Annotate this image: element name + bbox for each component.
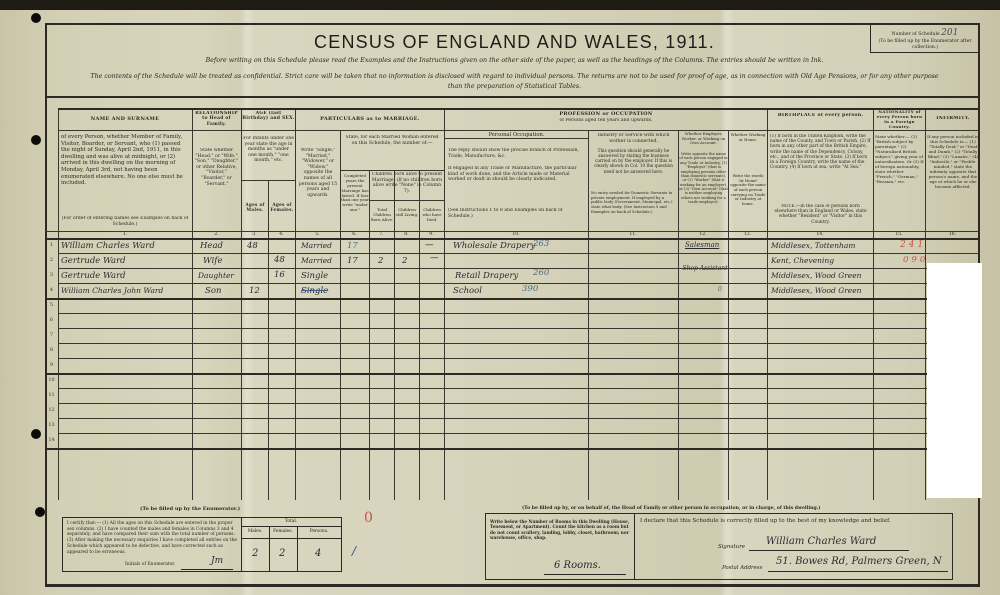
header-relationship: RELATIONSHIP to Head of Family. — [193, 111, 240, 127]
col-num-13: 13. — [728, 232, 767, 238]
col-num-11: 11. — [588, 232, 678, 238]
enumerator-section-title: (To be filled up by the Enumerator.) — [140, 506, 240, 512]
cell-occupation[interactable]: School — [453, 286, 482, 296]
header-profession: PROFESSION or OCCUPATION — [445, 111, 767, 117]
cell-employer-code: 0 — [718, 286, 722, 293]
header-name: NAME AND SURNAME — [58, 116, 192, 122]
row-number: 6 — [45, 317, 58, 323]
schedule-number-box: Number of Schedule 201 (To be filled up … — [870, 23, 980, 53]
enumerator-certify: I certify that:— (1) All the ages on thi… — [67, 521, 239, 555]
header-age-males: Ages of Males. — [242, 202, 268, 212]
cell-children-born[interactable]: 2 — [378, 256, 383, 266]
postal-address-value[interactable]: 51. Bowes Rd, Palmers Green, N — [776, 556, 942, 567]
col-num-8: 8. — [394, 232, 419, 238]
schedule-number-label: Number of Schedule — [892, 32, 940, 37]
signature-label: Signature — [718, 544, 745, 551]
header-still-living: Children still Living. — [395, 208, 419, 218]
header-name-body: of every Person, whether Member of Famil… — [61, 134, 189, 187]
header-age-females: Ages of Females. — [269, 202, 295, 212]
cell-age-female[interactable]: 48 — [274, 255, 285, 265]
header-birthplace: BIRTHPLACE of every person. — [768, 113, 873, 119]
declaration-text: I declare that this Schedule is correctl… — [640, 518, 891, 525]
cell-years-married[interactable]: 17 — [347, 256, 358, 266]
cell-children-living[interactable]: 2 — [402, 256, 407, 266]
cell-name[interactable]: William Charles Ward — [61, 241, 155, 251]
punch-hole — [31, 13, 41, 23]
cell-children-died[interactable]: — — [425, 240, 434, 250]
col-num-15: 15. — [873, 232, 925, 238]
header-at-home: Whether Working at Home. — [729, 133, 767, 143]
enumerator-initials[interactable]: Jm — [211, 556, 223, 566]
cell-birthplace-code: 090 — [903, 255, 928, 265]
confidential-line-2: than the preparation of Statistical Tabl… — [47, 83, 982, 90]
header-relationship-body: State whether "Head," or "Wife," "Son," … — [194, 148, 239, 187]
row-number: 2 — [45, 257, 58, 263]
cell-birthplace[interactable]: Middlesex, Wood Green — [771, 271, 862, 280]
header-have-died: Children who have Died. — [420, 208, 444, 223]
cell-relationship[interactable]: Head — [200, 241, 223, 251]
header-marriage: PARTICULARS as to MARRIAGE. — [296, 116, 444, 122]
header-marriage-status: Write "Single," "Married," "Widower," or… — [297, 148, 339, 198]
header-completed-years: Completed years the present Marriage has… — [341, 174, 369, 213]
header-children-born: Children born alive to present Marriage.… — [370, 172, 444, 194]
instruction-line: Before writing on this Schedule please r… — [47, 57, 982, 64]
head-section-box: Write below the Number of Rooms in this … — [485, 513, 953, 580]
cell-birthplace[interactable]: Middlesex, Tottenham — [771, 241, 855, 250]
header-industry-note: No entry needed for Domestic Servants in… — [591, 191, 676, 214]
row-number: 4 — [45, 287, 58, 293]
row-number: 14 — [45, 437, 58, 443]
cell-relationship[interactable]: Daughter — [198, 271, 234, 280]
cell-birthplace[interactable]: Kent, Chevening — [771, 256, 834, 265]
cell-marriage-status[interactable]: Single — [301, 286, 328, 296]
head-section-title: (To be filled up by, or on behalf of, th… — [522, 506, 820, 511]
census-schedule-page: CENSUS OF ENGLAND AND WALES, 1911. Befor… — [0, 10, 1000, 595]
header-personal-body-2: If engaged in any Trade or Manufacture, … — [448, 166, 585, 183]
cell-employer-status[interactable]: Salesman — [685, 241, 719, 249]
enumerator-box: I certify that:— (1) All the ages on thi… — [62, 517, 342, 572]
cell-marriage-status[interactable]: Married — [301, 256, 332, 265]
cell-relationship[interactable]: Son — [205, 286, 221, 296]
header-employer: Whether Employer, Worker, or Working on … — [679, 132, 728, 146]
page-title: CENSUS OF ENGLAND AND WALES, 1911. — [47, 32, 982, 53]
header-infirmity-body: If any person included in this Schedule … — [927, 134, 979, 189]
cell-occupation-code: 390 — [522, 284, 538, 294]
col-num-10: 10. — [444, 232, 588, 238]
row-number: 3 — [45, 272, 58, 278]
header-personal-body-3: (See Instructions 1 to 8 and Examples on… — [448, 208, 585, 219]
cell-occupation-code: 260 — [533, 268, 549, 278]
confidential-line: The contents of the Schedule will be tre… — [47, 73, 982, 80]
postal-address-label: Postal Address — [722, 565, 762, 572]
row-number: 11 — [45, 392, 58, 398]
cell-occupation[interactable]: Wholesale Drapery — [453, 241, 535, 251]
enumerator-initials-label: Initials of Enumerator. — [125, 562, 175, 568]
header-married-women: State, for each Married Woman entered on… — [342, 135, 442, 146]
redacted-infirmity-area — [927, 263, 982, 498]
header-employer-body: Write opposite the name of each person e… — [679, 152, 728, 205]
margin-mark-blue: / — [352, 544, 356, 558]
cell-marriage-status[interactable]: Married — [301, 241, 332, 250]
row-number: 1 — [45, 242, 58, 248]
col-num-9: 9. — [419, 232, 444, 238]
row-number: 8 — [45, 347, 58, 353]
col-num-6: 6. — [340, 232, 369, 238]
header-at-home-body: Write the words "At Home" opposite the n… — [730, 174, 766, 206]
cell-occupation-code: 263 — [533, 239, 549, 249]
col-num-4: 4. — [268, 232, 295, 238]
header-age: AGE (last Birthday) and SEX. — [242, 111, 295, 122]
header-nationality-body: State whether:— (1) "British subject by … — [875, 134, 924, 184]
header-profession-sub: of Persons aged ten years and upwards. — [445, 118, 767, 124]
cell-occupation[interactable]: Retail Drapery — [455, 271, 518, 281]
header-personal-occupation: Personal Occupation. — [445, 132, 588, 138]
total-males[interactable]: 2 — [252, 548, 258, 559]
cell-age-male[interactable]: 12 — [249, 286, 260, 296]
col-num-3: 3. — [241, 232, 268, 238]
col-num-12: 12. — [678, 232, 728, 238]
cell-name[interactable]: Gertrude Ward — [61, 256, 126, 266]
header-industry-body: This question should generally be answer… — [591, 148, 676, 174]
row-number: 9 — [45, 362, 58, 368]
signature-value[interactable]: William Charles Ward — [766, 536, 876, 547]
cell-name[interactable]: Gertrude Ward — [61, 271, 126, 281]
cell-name[interactable]: William Charles John Ward — [61, 286, 163, 295]
schedule-number-value[interactable]: 201 — [941, 28, 958, 38]
row-number: 5 — [45, 302, 58, 308]
males-label: Males. — [241, 529, 269, 535]
punch-hole — [31, 429, 41, 439]
col-num-5: 5. — [295, 232, 340, 238]
header-birthplace-body: (1) If born in the United Kingdom, write… — [770, 134, 871, 171]
rooms-instruction: Write below the Number of Rooms in this … — [490, 519, 632, 541]
header-birthplace-note: NOTE.—In the case of persons born elsewh… — [770, 204, 871, 225]
cell-years-married[interactable]: 17 — [347, 241, 358, 251]
header-age-body: For Infants under one year state the age… — [243, 136, 294, 164]
row-number: 7 — [45, 332, 58, 338]
cell-age-female[interactable]: 16 — [274, 270, 285, 280]
col-num-16: 16. — [925, 232, 980, 238]
cell-children-died[interactable]: — — [430, 253, 439, 263]
header-personal-body-1: The reply should show the precise branch… — [448, 148, 585, 159]
header-rule — [47, 96, 978, 98]
row-number: 12 — [45, 407, 58, 413]
cell-birthplace[interactable]: Middlesex, Wood Green — [771, 286, 862, 295]
census-table: NAME AND SURNAME of every Person, whethe… — [45, 108, 980, 500]
punch-hole — [35, 507, 45, 517]
col-num-7: 7. — [369, 232, 394, 238]
header-industry: Industry or Service with which worker is… — [589, 133, 678, 144]
total-label: Total. — [241, 519, 341, 525]
cell-birthplace-code: 241 — [900, 240, 926, 250]
header-infirmity: INFIRMITY. — [926, 116, 980, 122]
margin-mark-red: 0 — [364, 510, 373, 526]
col-num-14: 14. — [767, 232, 873, 238]
rooms-value[interactable]: 6 Rooms. — [554, 560, 601, 571]
header-nationality: NATIONALITY of every Person born in a Fo… — [874, 110, 925, 130]
header-total-born: Total Children Born Alive. — [370, 208, 394, 223]
col-num-1: 1. — [58, 232, 192, 238]
persons-label: Persons. — [297, 529, 341, 535]
row-number: 10 — [45, 377, 58, 383]
cell-age-male[interactable]: 48 — [247, 241, 258, 251]
females-label: Females. — [269, 529, 297, 535]
cell-employer-status[interactable]: Shop Assistant — [681, 266, 729, 273]
header-name-note: (For order of entering names see Example… — [61, 216, 189, 227]
schedule-number-note: (To be filled up by the Enumerator after… — [878, 39, 971, 50]
total-females[interactable]: 2 — [279, 548, 285, 559]
cell-relationship[interactable]: Wife — [203, 256, 222, 266]
total-persons[interactable]: 4 — [315, 548, 321, 559]
cell-marriage-status[interactable]: Single — [301, 271, 328, 281]
col-num-2: 2. — [192, 232, 241, 238]
punch-hole — [31, 135, 41, 145]
row-number: 13 — [45, 422, 58, 428]
